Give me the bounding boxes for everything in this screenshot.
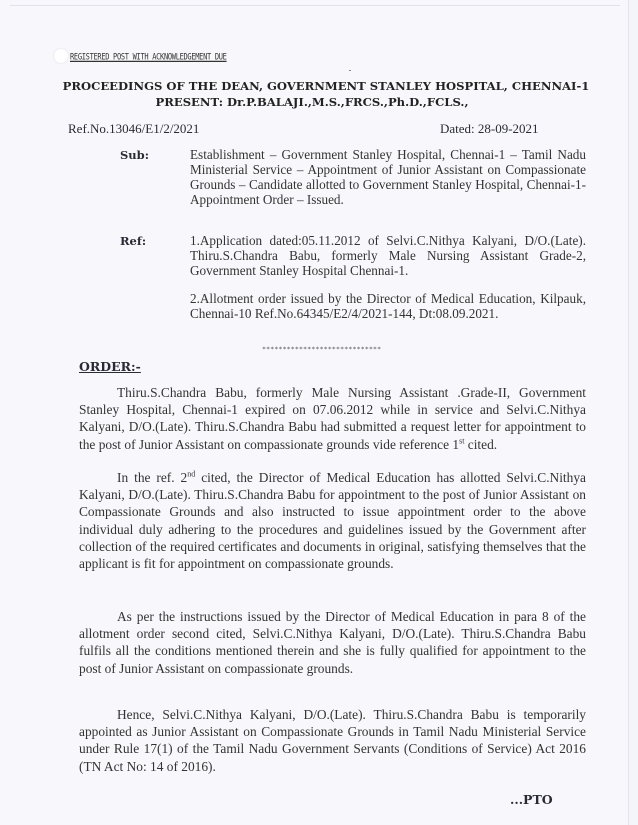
please-turn-over: ...PTO bbox=[510, 792, 553, 807]
subject-label: Sub: bbox=[120, 148, 149, 162]
paragraph-2-text: cited, the Director of Medical Education… bbox=[79, 470, 586, 571]
separator-stars: ***************************** bbox=[262, 345, 381, 353]
page-edge bbox=[10, 5, 620, 6]
order-paragraph-4: Hence, Selvi.C.Nithya Kalyani, D/O.(Late… bbox=[79, 706, 586, 775]
reference-label: Ref: bbox=[120, 234, 146, 248]
punch-hole-mark bbox=[54, 49, 68, 63]
paragraph-1-end: cited. bbox=[464, 437, 497, 452]
order-heading: ORDER:- bbox=[79, 359, 141, 374]
present-line: PRESENT: Dr.P.BALAJI.,M.S.,FRCS.,Ph.D.,F… bbox=[32, 95, 592, 109]
order-paragraph-1: Thiru.S.Chandra Babu, formerly Male Nurs… bbox=[79, 384, 586, 453]
paragraph-1-text: Thiru.S.Chandra Babu, formerly Male Nurs… bbox=[79, 385, 586, 452]
postal-note: REGISTERED POST WITH ACKNOWLEDGEMENT DUE bbox=[70, 52, 227, 62]
order-paragraph-2: In the ref. 2nd cited, the Director of M… bbox=[79, 469, 586, 572]
order-paragraph-3: As per the instructions issued by the Di… bbox=[79, 608, 586, 677]
document-page: REGISTERED POST WITH ACKNOWLEDGEMENT DUE… bbox=[0, 0, 629, 825]
date-line: Dated: 28-09-2021 bbox=[440, 121, 539, 137]
reference-item-1: 1.Application dated:05.11.2012 of Selvi.… bbox=[190, 233, 586, 278]
scan-speck bbox=[349, 70, 351, 71]
subject-text: Establishment – Government Stanley Hospi… bbox=[190, 147, 586, 207]
reference-number: Ref.No.13046/E1/2/2021 bbox=[68, 121, 199, 137]
paragraph-2-start: In the ref. 2 bbox=[117, 470, 187, 485]
document-title: PROCEEDINGS OF THE DEAN, GOVERNMENT STAN… bbox=[32, 79, 620, 93]
paragraph-3-text: As per the instructions issued by the Di… bbox=[79, 609, 586, 676]
paragraph-4-text: Hence, Selvi.C.Nithya Kalyani, D/O.(Late… bbox=[79, 707, 586, 774]
reference-item-2: 2.Allotment order issued by the Director… bbox=[190, 291, 586, 321]
